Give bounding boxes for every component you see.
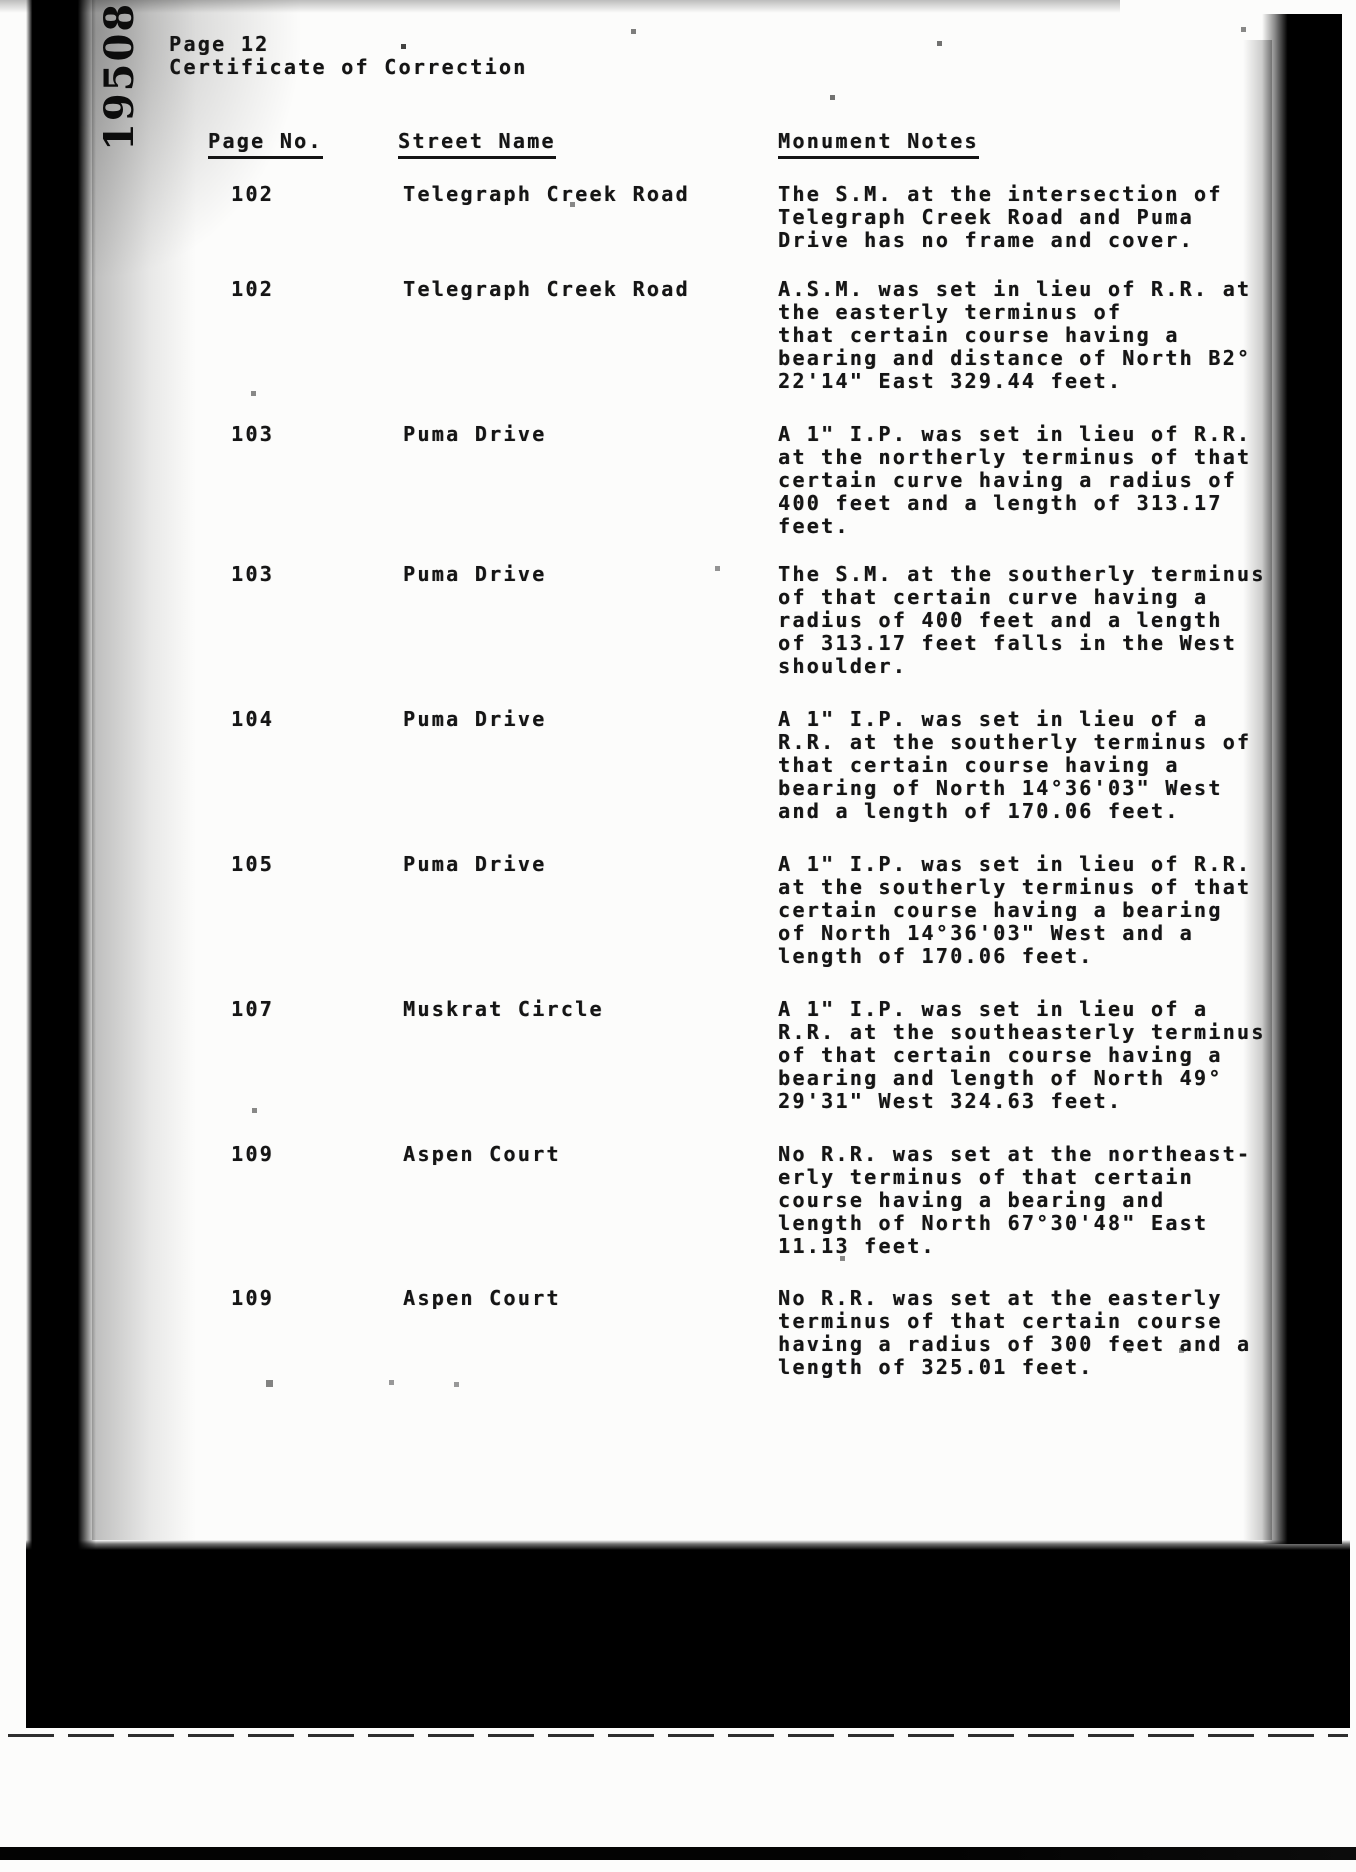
- scanned-document-page: 19508 Page 12 Certificate of Correction …: [0, 0, 1356, 1872]
- page-no-value: 107: [231, 998, 274, 1021]
- stamp-number: 19508: [97, 7, 143, 151]
- street-name: Puma Drive: [403, 708, 546, 731]
- page-no-value: 104: [231, 708, 274, 731]
- monument-note: No R.R. was set at the northeast- erly t…: [778, 1143, 1280, 1258]
- scan-bottom-bar: [0, 1847, 1356, 1860]
- scan-bottom-black-block: [26, 1540, 1350, 1728]
- page-no-value: 109: [231, 1143, 274, 1166]
- street-name: Puma Drive: [403, 853, 546, 876]
- column-header-page-no-label: Page No.: [208, 129, 323, 159]
- street-name: Puma Drive: [403, 563, 546, 586]
- scan-dashed-line: [8, 1734, 1348, 1737]
- street-name: Puma Drive: [403, 423, 546, 446]
- street-name: Aspen Court: [403, 1287, 561, 1310]
- scan-left-black-band: [26, 0, 96, 1728]
- column-header-street-name-label: Street Name: [398, 129, 556, 159]
- page-no-value: 102: [231, 183, 274, 206]
- page-no-value: 103: [231, 563, 274, 586]
- page-no-value: 103: [231, 423, 274, 446]
- page-no-value: 109: [231, 1287, 274, 1310]
- page-title-line: Page 12: [169, 33, 269, 56]
- scan-noise: [0, 0, 3, 3]
- monument-note: A 1" I.P. was set in lieu of R.R. at the…: [778, 853, 1280, 968]
- street-name: Telegraph Creek Road: [403, 278, 690, 301]
- column-header-page-no: Page No.: [208, 130, 323, 153]
- monument-note: The S.M. at the intersection of Telegrap…: [778, 183, 1280, 252]
- column-header-monument-notes-label: Monument Notes: [778, 129, 979, 159]
- street-name: Aspen Court: [403, 1143, 561, 1166]
- monument-note: A 1" I.P. was set in lieu of a R.R. at t…: [778, 998, 1280, 1113]
- page-no-value: 102: [231, 278, 274, 301]
- scan-left-speckle: [92, 0, 222, 1540]
- scan-top-shade: [0, 0, 1120, 13]
- monument-note: A 1" I.P. was set in lieu of a R.R. at t…: [778, 708, 1280, 823]
- monument-note: No R.R. was set at the easterly terminus…: [778, 1287, 1280, 1379]
- monument-note: A.S.M. was set in lieu of R.R. at the ea…: [778, 278, 1280, 393]
- monument-note: A 1" I.P. was set in lieu of R.R. at the…: [778, 423, 1280, 538]
- document-title: Certificate of Correction: [169, 56, 528, 79]
- street-name: Telegraph Creek Road: [403, 183, 690, 206]
- column-header-street-name: Street Name: [398, 130, 556, 153]
- column-header-monument-notes: Monument Notes: [778, 130, 979, 153]
- monument-note: The S.M. at the southerly terminus of th…: [778, 563, 1280, 678]
- street-name: Muskrat Circle: [403, 998, 604, 1021]
- page-no-value: 105: [231, 853, 274, 876]
